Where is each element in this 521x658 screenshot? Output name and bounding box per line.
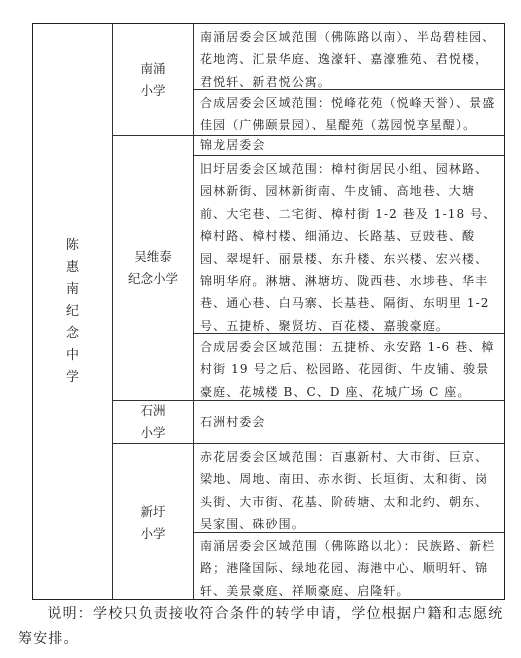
middle-school-char: 陈: [65, 235, 81, 257]
school-cell-xinxu: 新圩 小学: [113, 444, 193, 601]
middle-school-char: 南: [65, 279, 81, 301]
school-name-line: 小学: [140, 523, 165, 545]
school-name-line: 纪念小学: [128, 268, 178, 290]
school-name-line: 小学: [140, 80, 165, 102]
area-column: 南涌居委会区域范围（佛陈路以南）、半岛碧桂园、花地湾、汇景华庭、逸濠轩、嘉濠雅苑…: [194, 24, 504, 599]
middle-school-name: 陈 惠 南 纪 念 中 学: [65, 235, 81, 389]
area-cell: 赤花居委会区域范围：百惠新村、大市街、巨京、梁地、周地、南田、赤水街、长垣街、太…: [194, 444, 504, 533]
area-cell: 合成居委会区域范围：五捷桥、永安路 1-6 巷、樟村街 19 号之后、松园路、花…: [194, 334, 504, 401]
school-name-line: 小学: [140, 422, 165, 444]
school-cell-shizhou: 石洲 小学: [113, 401, 193, 444]
area-cell: 南涌居委会区域范围（佛陈路以南）、半岛碧桂园、花地湾、汇景华庭、逸濠轩、嘉濠雅苑…: [194, 24, 504, 90]
note-text: 说明：学校只负责接收符合条件的转学申请，学位根据户籍和志愿统筹安排。: [18, 602, 508, 652]
middle-school-char: 念: [65, 323, 81, 345]
primary-school-column: 南涌 小学 吴维泰 纪念小学 石洲 小学 新圩 小学: [113, 24, 194, 599]
school-cell-wuweitai: 吴维泰 纪念小学: [113, 136, 193, 401]
area-cell: 旧圩居委会区域范围：樟村街居民小组、园林路、园林新街、园林新街南、牛皮铺、高地巷…: [194, 156, 504, 334]
middle-school-char: 纪: [65, 301, 81, 323]
school-district-table: 陈 惠 南 纪 念 中 学 南涌 小学 吴维泰 纪念小学: [32, 23, 505, 600]
school-name-line: 吴维泰: [128, 246, 178, 268]
middle-school-char: 学: [65, 367, 81, 389]
area-cell: 合成居委会区域范围：悦峰花苑（悦峰天誉）、景盛佳园（广佛颐景园）、星醍苑（荔园悦…: [194, 90, 504, 136]
area-cell: 锦龙居委会: [194, 136, 504, 156]
school-name-line: 南涌: [140, 58, 165, 80]
area-cell: 石洲村委会: [194, 401, 504, 444]
middle-school-cell: 陈 惠 南 纪 念 中 学: [33, 24, 113, 599]
document-page: 陈 惠 南 纪 念 中 学 南涌 小学 吴维泰 纪念小学: [0, 0, 521, 658]
school-name-line: 石洲: [140, 400, 165, 422]
school-name-line: 新圩: [140, 501, 165, 523]
middle-school-char: 中: [65, 345, 81, 367]
area-cell: 南涌居委会区域范围（佛陈路以北）：民族路、新栏路；港隆国际、绿地花园、海港中心、…: [194, 533, 504, 601]
school-cell-nanyong: 南涌 小学: [113, 24, 193, 136]
middle-school-char: 惠: [65, 257, 81, 279]
